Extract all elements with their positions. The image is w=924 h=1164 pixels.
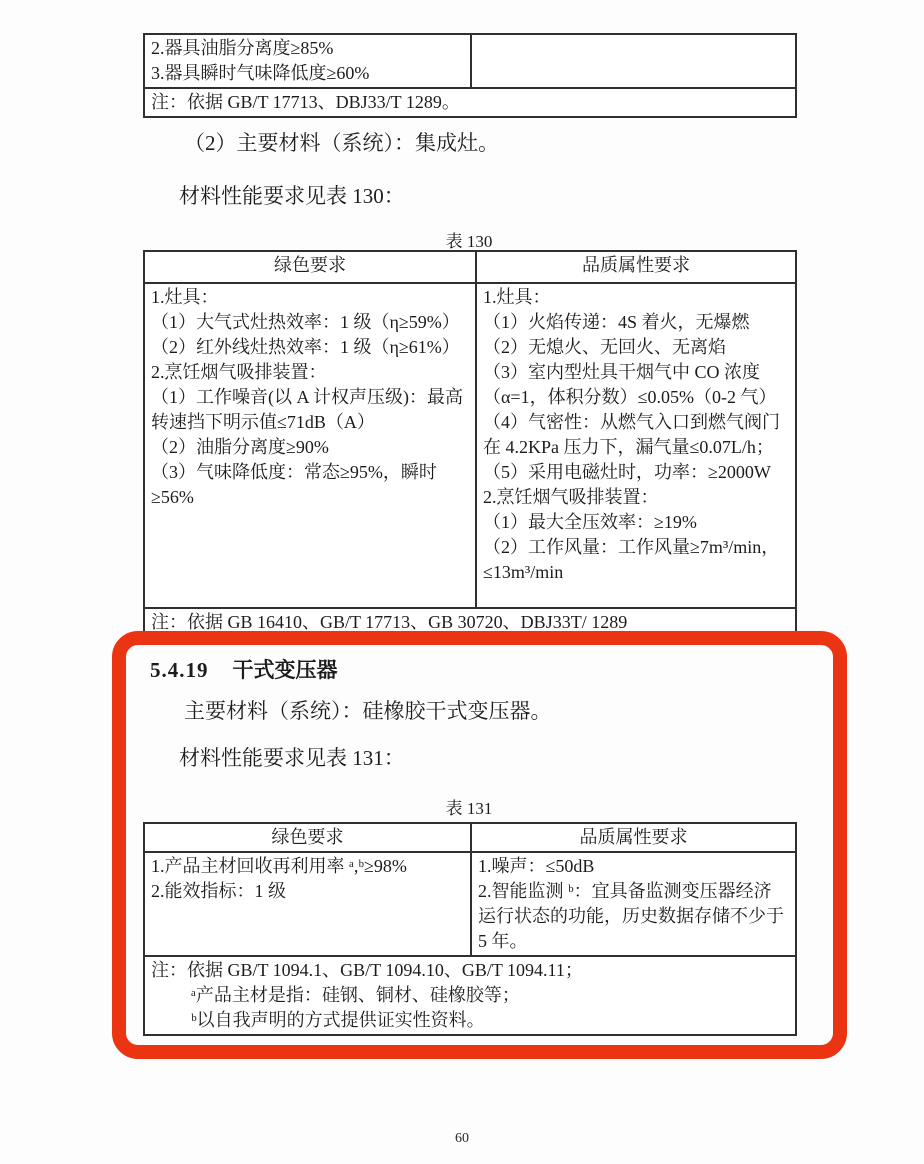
- text-line: （3）室内型灶具干烟气中 CO 浓度（α=1，体积分数）≤0.05%（0-2 气…: [483, 360, 789, 410]
- page-number: 60: [0, 1131, 924, 1147]
- text-line: 1.噪声：≤50dB: [478, 854, 789, 879]
- text-line: （2）油脂分离度≥90%: [151, 435, 469, 460]
- table-130-note-row: 注：依据 GB 16410、GB/T 17713、GB 30720、DBJ33T…: [144, 608, 796, 637]
- text-line: 1.灶具：: [483, 285, 789, 310]
- table-131-header-green: 绿色要求: [144, 823, 471, 852]
- fragment-table: 2.器具油脂分离度≥85%3.器具瞬时气味降低度≥60% 注：依据 GB/T 1…: [143, 33, 797, 118]
- section-title: 干式变压器: [233, 658, 338, 682]
- text-line: （1）大气式灶热效率：1 级（η≥59%）: [151, 310, 469, 335]
- text-line: （3）气味降低度：常态≥95%，瞬时≥56%: [151, 460, 469, 510]
- fragment-quality-cell: [471, 34, 796, 88]
- table-130-header-green: 绿色要求: [144, 251, 476, 283]
- table-130-quality-cell: 1.灶具：（1）火焰传递：4S 着火，无爆燃（2）无熄火、无回火、无离焰（3）室…: [476, 283, 796, 608]
- table-130-note-cell: 注：依据 GB 16410、GB/T 17713、GB 30720、DBJ33T…: [144, 608, 796, 637]
- text-line: 2.智能监测 ᵇ：宜具备监测变压器经济运行状态的功能，历史数据存储不少于 5 年…: [478, 879, 789, 954]
- text-line: （2）无熄火、无回火、无离焰: [483, 335, 789, 360]
- text-line: ᵃ产品主材是指：硅钢、铜材、硅橡胶等；: [151, 983, 789, 1008]
- table-130: 绿色要求 品质属性要求 1.灶具：（1）大气式灶热效率：1 级（η≥59%）（2…: [143, 250, 797, 638]
- fragment-table-body-row: 2.器具油脂分离度≥85%3.器具瞬时气味降低度≥60%: [144, 34, 796, 88]
- text-line: （1）最大全压效率：≥19%: [483, 510, 789, 535]
- fragment-green-cell: 2.器具油脂分离度≥85%3.器具瞬时气味降低度≥60%: [144, 34, 471, 88]
- table-131-body-row: 1.产品主材回收再利用率 ᵃ,ᵇ≥98%2.能效指标：1 级 1.噪声：≤50d…: [144, 852, 796, 956]
- document-page: 2.器具油脂分离度≥85%3.器具瞬时气味降低度≥60% 注：依据 GB/T 1…: [0, 0, 924, 1164]
- table-131-note-cell: 注：依据 GB/T 1094.1、GB/T 1094.10、GB/T 1094.…: [144, 956, 796, 1035]
- text-line: 2.能效指标：1 级: [151, 879, 464, 904]
- text-line: （2）红外线灶热效率：1 级（η≥61%）: [151, 335, 469, 360]
- stove-material-paragraph: （2）主要材料（系统）：集成灶。: [184, 130, 499, 157]
- text-line: （1）工作噪音(以 A 计权声压级)：最高转速挡下明示值≤71dB（A）: [151, 385, 469, 435]
- table-131: 绿色要求 品质属性要求 1.产品主材回收再利用率 ᵃ,ᵇ≥98%2.能效指标：1…: [143, 822, 797, 1036]
- table-131-note-row: 注：依据 GB/T 1094.1、GB/T 1094.10、GB/T 1094.…: [144, 956, 796, 1035]
- transformer-material-paragraph: 主要材料（系统）：硅橡胶干式变压器。: [184, 698, 552, 725]
- text-line: 2.器具油脂分离度≥85%: [151, 36, 464, 61]
- text-line: 1.产品主材回收再利用率 ᵃ,ᵇ≥98%: [151, 854, 464, 879]
- fragment-note-cell: 注：依据 GB/T 17713、DBJ33/T 1289。: [144, 88, 796, 117]
- text-line: 2.烹饪烟气吸排装置：: [151, 360, 469, 385]
- table-130-header-quality: 品质属性要求: [476, 251, 796, 283]
- section-number: 5.4.19: [150, 658, 209, 682]
- table-130-body-row: 1.灶具：（1）大气式灶热效率：1 级（η≥59%）（2）红外线灶热效率：1 级…: [144, 283, 796, 608]
- section-heading: 5.4.19干式变压器: [150, 654, 338, 684]
- fragment-table-note-row: 注：依据 GB/T 17713、DBJ33/T 1289。: [144, 88, 796, 117]
- table-131-caption: 表 131: [143, 794, 795, 819]
- text-line: （2）工作风量：工作风量≥7m³/min，≤13m³/min: [483, 535, 789, 585]
- table-131-header-row: 绿色要求 品质属性要求: [144, 823, 796, 852]
- text-line: 3.器具瞬时气味降低度≥60%: [151, 61, 464, 86]
- table-130-green-cell: 1.灶具：（1）大气式灶热效率：1 级（η≥59%）（2）红外线灶热效率：1 级…: [144, 283, 476, 608]
- table-131-quality-cell: 1.噪声：≤50dB2.智能监测 ᵇ：宜具备监测变压器经济运行状态的功能，历史数…: [471, 852, 796, 956]
- text-line: （4）气密性：从燃气入口到燃气阀门在 4.2KPa 压力下，漏气量≤0.07L/…: [483, 410, 789, 460]
- table-130-header-row: 绿色要求 品质属性要求: [144, 251, 796, 283]
- transformer-see-table-paragraph: 材料性能要求见表 131：: [179, 745, 405, 772]
- text-line: 2.烹饪烟气吸排装置：: [483, 485, 789, 510]
- stove-see-table-paragraph: 材料性能要求见表 130：: [179, 183, 405, 210]
- text-line: 1.灶具：: [151, 285, 469, 310]
- table-130-caption: 表 130: [143, 227, 795, 252]
- table-131-header-quality: 品质属性要求: [471, 823, 796, 852]
- text-line: 注：依据 GB/T 1094.1、GB/T 1094.10、GB/T 1094.…: [151, 958, 789, 983]
- text-line: （5）采用电磁灶时，功率：≥2000W: [483, 460, 789, 485]
- text-line: （1）火焰传递：4S 着火，无爆燃: [483, 310, 789, 335]
- text-line: ᵇ以自我声明的方式提供证实性资料。: [151, 1008, 789, 1033]
- table-131-green-cell: 1.产品主材回收再利用率 ᵃ,ᵇ≥98%2.能效指标：1 级: [144, 852, 471, 956]
